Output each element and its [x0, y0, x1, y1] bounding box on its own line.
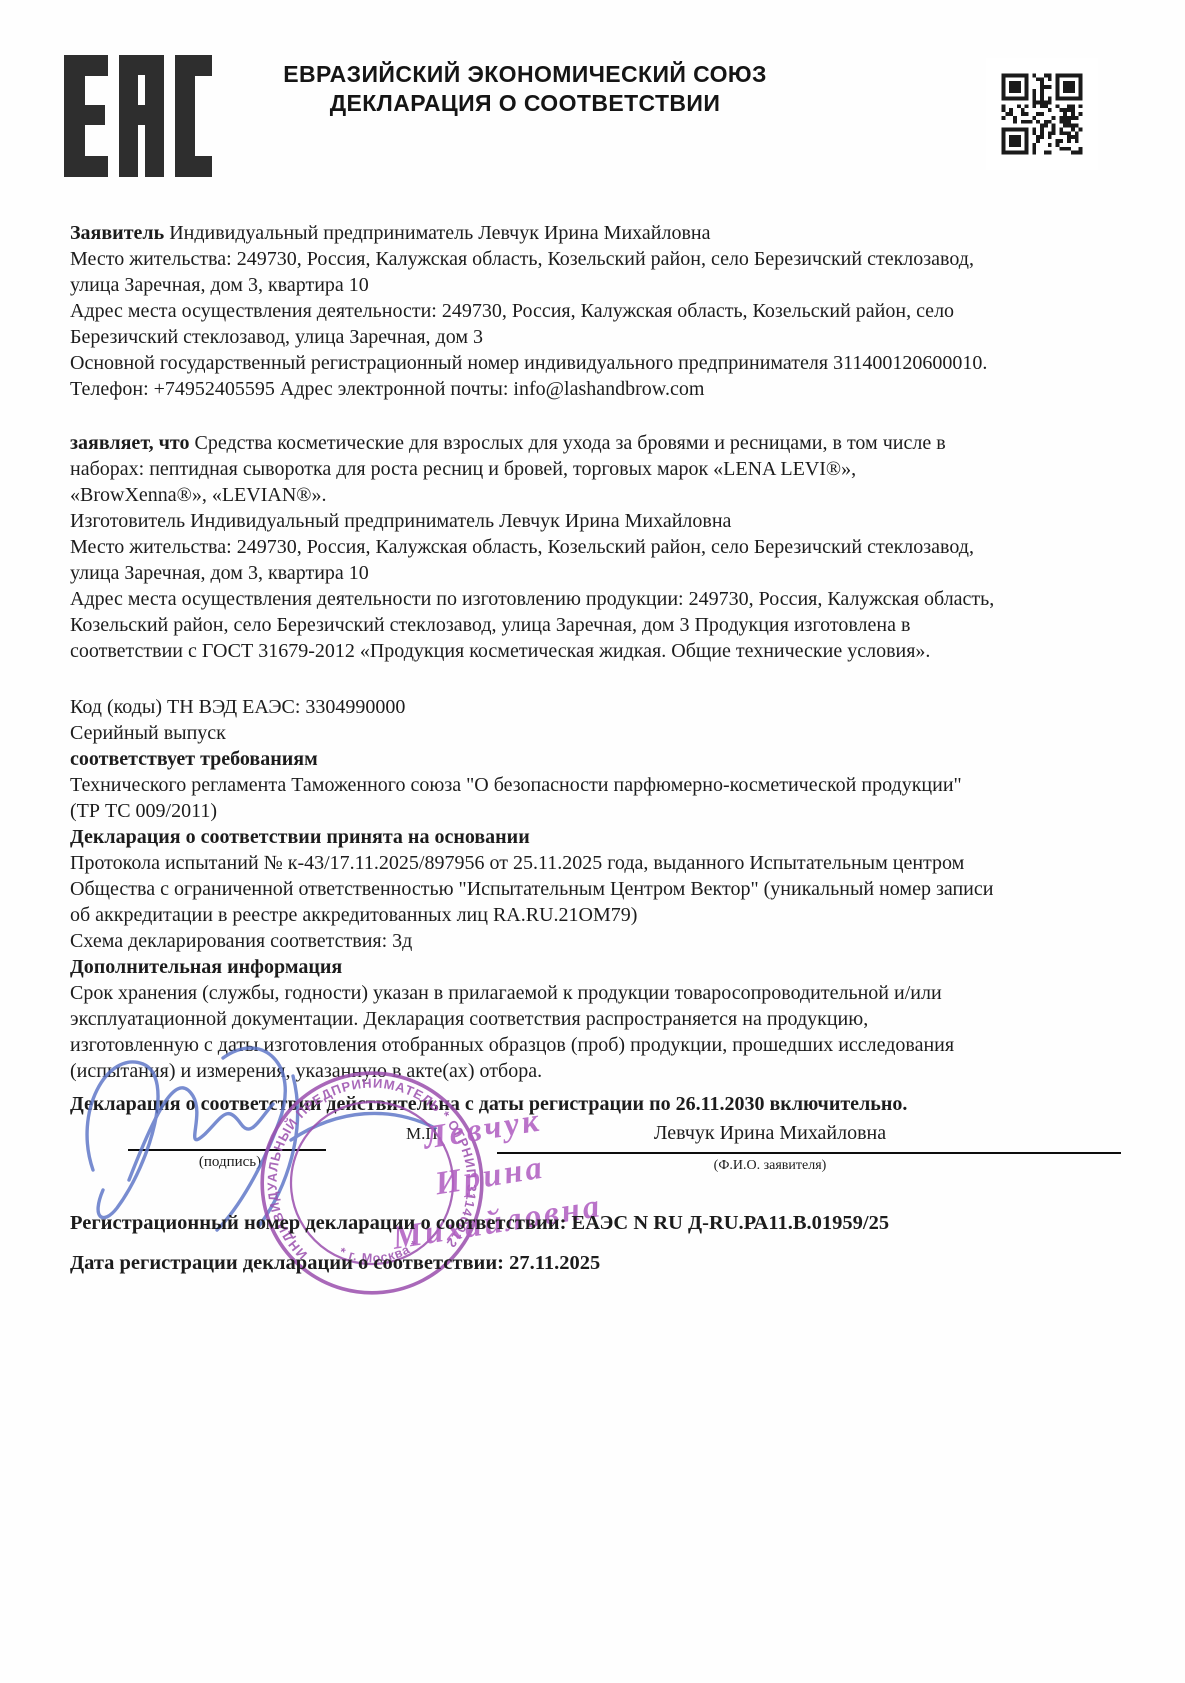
line-text: Место жительства: 249730, Россия, Калужс…	[70, 248, 974, 270]
text-line: Место жительства: 249730, Россия, Калужс…	[70, 534, 1130, 560]
text-line: Адрес места осуществления деятельности п…	[70, 586, 1130, 612]
text-line: Адрес места осуществления деятельности: …	[70, 298, 1130, 324]
text-line: улица Заречная, дом 3, квартира 10	[70, 272, 1130, 298]
text-line: улица Заречная, дом 3, квартира 10	[70, 560, 1130, 586]
eac-logo-icon	[64, 55, 212, 177]
line-text: Березичский стеклозавод, улица Заречная,…	[70, 326, 483, 348]
text-line: соответствии с ГОСТ 31679-2012 «Продукци…	[70, 638, 1130, 664]
eac-logo-icon	[64, 55, 212, 182]
line-text: (ТР ТС 009/2011)	[70, 800, 217, 822]
line-text: улица Заречная, дом 3, квартира 10	[70, 274, 369, 296]
text-line: соответствует требованиям	[70, 746, 1130, 772]
text-line: Место жительства: 249730, Россия, Калужс…	[70, 246, 1130, 272]
line-text: Технического регламента Таможенного союз…	[70, 774, 962, 796]
registration-number-line: Регистрационный номер декларации о соотв…	[70, 1212, 889, 1235]
line-text: Серийный выпуск	[70, 722, 226, 744]
line-text: Основной государственный регистрационный…	[70, 352, 987, 374]
text-line: Общества с ограниченной ответственностью…	[70, 876, 1130, 902]
line-text: Общества с ограниченной ответственностью…	[70, 878, 993, 900]
text-line: Схема декларирования соответствия: 3д	[70, 928, 1130, 954]
line-text: Изготовитель Индивидуальный предпринимат…	[70, 510, 731, 532]
text-line: Дополнительная информация	[70, 954, 1130, 980]
title-line-2: ДЕКЛАРАЦИЯ О СООТВЕТСТВИИ	[235, 89, 815, 118]
line-text: об аккредитации в реестре аккредитованны…	[70, 904, 637, 926]
text-line: «BrowXenna®», «LEVIAN®».	[70, 482, 1130, 508]
applicant-section: Заявитель Индивидуальный предприниматель…	[70, 220, 1130, 402]
declaration-document: ЕВРАЗИЙСКИЙ ЭКОНОМИЧЕСКИЙ СОЮЗ ДЕКЛАРАЦИ…	[0, 0, 1185, 1683]
text-line: Телефон: +74952405595 Адрес электронной …	[70, 376, 1130, 402]
bold-lead: соответствует требованиям	[70, 748, 318, 770]
line-text: Протокола испытаний № к-43/17.11.2025/89…	[70, 852, 964, 874]
document-title: ЕВРАЗИЙСКИЙ ЭКОНОМИЧЕСКИЙ СОЮЗ ДЕКЛАРАЦИ…	[235, 60, 815, 118]
line-text: наборах: пептидная сыворотка для роста р…	[70, 458, 856, 480]
line-text: Адрес места осуществления деятельности: …	[70, 300, 954, 322]
line-text: Адрес места осуществления деятельности п…	[70, 588, 994, 610]
title-line-1: ЕВРАЗИЙСКИЙ ЭКОНОМИЧЕСКИЙ СОЮЗ	[235, 60, 815, 89]
line-text: Средства косметические для взрослых для …	[189, 432, 945, 454]
line-text: Телефон: +74952405595 Адрес электронной …	[70, 378, 704, 400]
line-text: Козельский район, село Березичский стекл…	[70, 614, 910, 636]
line-text: Срок хранения (службы, годности) указан …	[70, 982, 942, 1004]
text-line: (ТР ТС 009/2011)	[70, 798, 1130, 824]
bold-lead: Дополнительная информация	[70, 956, 342, 978]
text-line: Козельский район, село Березичский стекл…	[70, 612, 1130, 638]
text-line: Протокола испытаний № к-43/17.11.2025/89…	[70, 850, 1130, 876]
text-line: Срок хранения (службы, годности) указан …	[70, 980, 1130, 1006]
text-line: об аккредитации в реестре аккредитованны…	[70, 902, 1130, 928]
bold-lead: заявляет, что	[70, 432, 189, 454]
declaration-subject-section: заявляет, что Средства косметические для…	[70, 430, 1130, 664]
text-line: Изготовитель Индивидуальный предпринимат…	[70, 508, 1130, 534]
line-text: Индивидуальный предприниматель Левчук Ир…	[164, 222, 710, 244]
qr-code-icon	[986, 58, 1098, 170]
text-line: Декларация о соответствии принята на осн…	[70, 824, 1130, 850]
line-text: Код (коды) ТН ВЭД ЕАЭС: 3304990000	[70, 696, 405, 718]
bold-lead: Заявитель	[70, 222, 164, 244]
line-text: Место жительства: 249730, Россия, Калужс…	[70, 536, 974, 558]
line-text: улица Заречная, дом 3, квартира 10	[70, 562, 369, 584]
line-text: Схема декларирования соответствия: 3д	[70, 930, 412, 952]
text-line: наборах: пептидная сыворотка для роста р…	[70, 456, 1130, 482]
registration-date-line: Дата регистрации декларации о соответств…	[70, 1252, 600, 1275]
line-text: соответствии с ГОСТ 31679-2012 «Продукци…	[70, 640, 930, 662]
text-line: Заявитель Индивидуальный предприниматель…	[70, 220, 1130, 246]
text-line: заявляет, что Средства косметические для…	[70, 430, 1130, 456]
text-line: Технического регламента Таможенного союз…	[70, 772, 1130, 798]
text-line: Основной государственный регистрационный…	[70, 350, 1130, 376]
text-line: Березичский стеклозавод, улица Заречная,…	[70, 324, 1130, 350]
text-line: Серийный выпуск	[70, 720, 1130, 746]
bold-lead: Декларация о соответствии принята на осн…	[70, 826, 530, 848]
text-line: Код (коды) ТН ВЭД ЕАЭС: 3304990000	[70, 694, 1130, 720]
line-text: «BrowXenna®», «LEVIAN®».	[70, 484, 326, 506]
